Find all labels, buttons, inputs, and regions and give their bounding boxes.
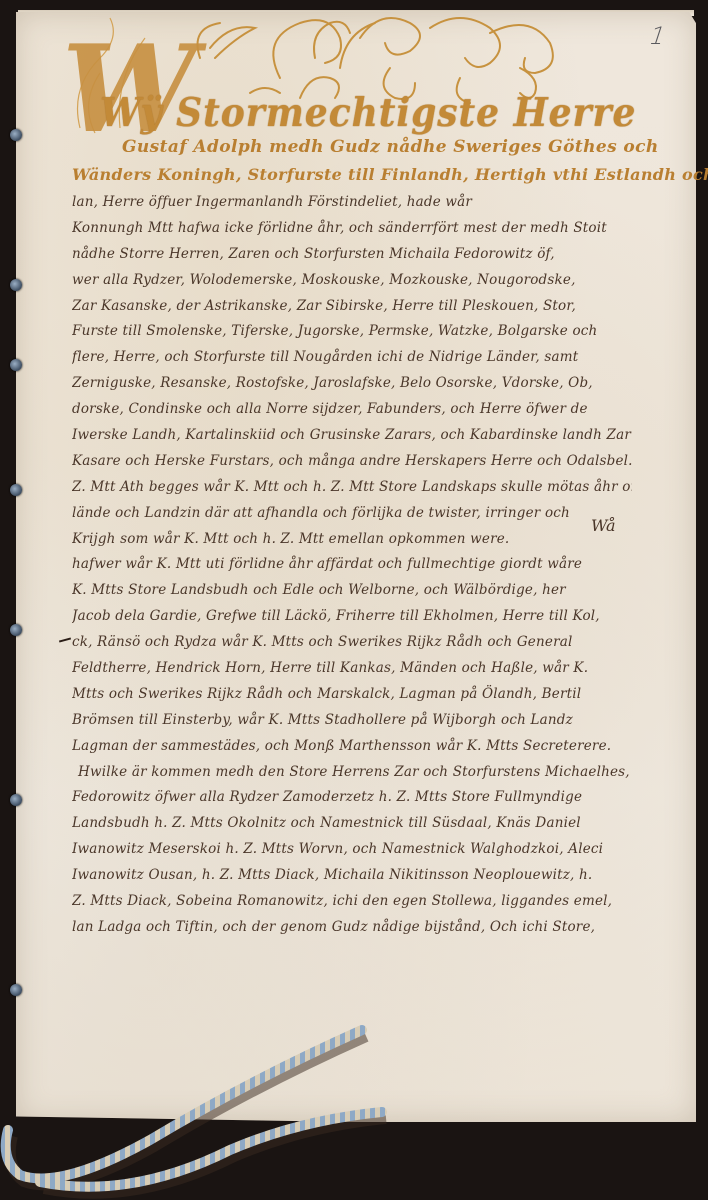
text-line: Z. Mtts Diack, Sobeina Romanowitz, ichi … [72,889,632,915]
heading-title: Wÿ Stormechtigste Herre [100,90,636,136]
binding-stitch [10,984,22,996]
binding-stitch [10,794,22,806]
text-line: Feldtherre, Hendrick Horn, Herre till Ka… [72,656,632,682]
text-line: lan, Herre öffuer Ingermanlandh Förstind… [72,190,632,216]
binding-stitch [10,484,22,496]
text-line: Brömsen till Einsterby, wår K. Mtts Stad… [72,708,632,734]
text-line: Furste till Smolenske, Tiferske, Jugorsk… [72,319,632,345]
text-line: Zerniguske, Resanske, Rostofske, Jarosla… [72,371,632,397]
text-line: nådhe Storre Herren, Zaren och Storfurst… [72,242,632,268]
text-line: wer alla Rydzer, Wolodemerske, Moskouske… [72,268,632,294]
binding-stitch [10,129,22,141]
text-line: Iwanowitz Ousan, h. Z. Mtts Diack, Micha… [72,863,632,889]
text-line: Zar Kasanske, der Astrikanske, Zar Sibir… [72,294,632,320]
text-line: Lagman der sammestädes, och Monß Marthen… [72,734,632,760]
text-line: Iwanowitz Meserskoi h. Z. Mtts Worvn, oc… [72,837,632,863]
binding-cord [0,1000,420,1200]
text-line: lände och Landzin där att afhandla och f… [72,501,632,527]
binding-stitch [10,624,22,636]
binding-stitch [10,359,22,371]
text-line: Mtts och Swerikes Rijkz Rådh och Marskal… [72,682,632,708]
text-line: dorske, Condinske och alla Norre sijdzer… [72,397,632,423]
text-line: Hwilke är kommen medh den Store Herrens … [72,760,632,786]
text-line: Kasare och Herske Furstars, och många an… [72,449,632,475]
text-line: Krijgh som wår K. Mtt och h. Z. Mtt emel… [72,527,632,553]
text-line: Konnungh Mtt hafwa icke förlidne åhr, oc… [72,216,632,242]
margin-note: Wå [591,516,616,535]
manuscript-body: lan, Herre öffuer Ingermanlandh Förstind… [72,190,632,941]
text-line: Fedorowitz öfwer alla Rydzer Zamoderzetz… [72,785,632,811]
text-line: K. Mtts Store Landsbudh och Edle och Wel… [72,578,632,604]
text-line: Iwerske Landh, Kartalinskiid och Grusins… [72,423,632,449]
text-line: Landsbudh h. Z. Mtts Okolnitz och Namest… [72,811,632,837]
text-line: ck, Ränsö och Rydza wår K. Mtts och Swer… [72,630,632,656]
text-line: lan Ladga och Tiftin, och der genom Gudz… [72,915,632,941]
text-line: Jacob dela Gardie, Grefwe till Läckö, Fr… [72,604,632,630]
text-line: flere, Herre, och Storfurste till Nougår… [72,345,632,371]
heading-line-2: Wänders Koningh, Storfurste till Finland… [72,165,708,184]
text-line: Z. Mtt Ath begges wår K. Mtt och h. Z. M… [72,475,632,501]
binding-stitch [10,279,22,291]
text-line: hafwer wår K. Mtt uti förlidne åhr affär… [72,552,632,578]
heading-line-1: Gustaf Adolph medh Gudz nådhe Sweriges G… [122,137,659,157]
